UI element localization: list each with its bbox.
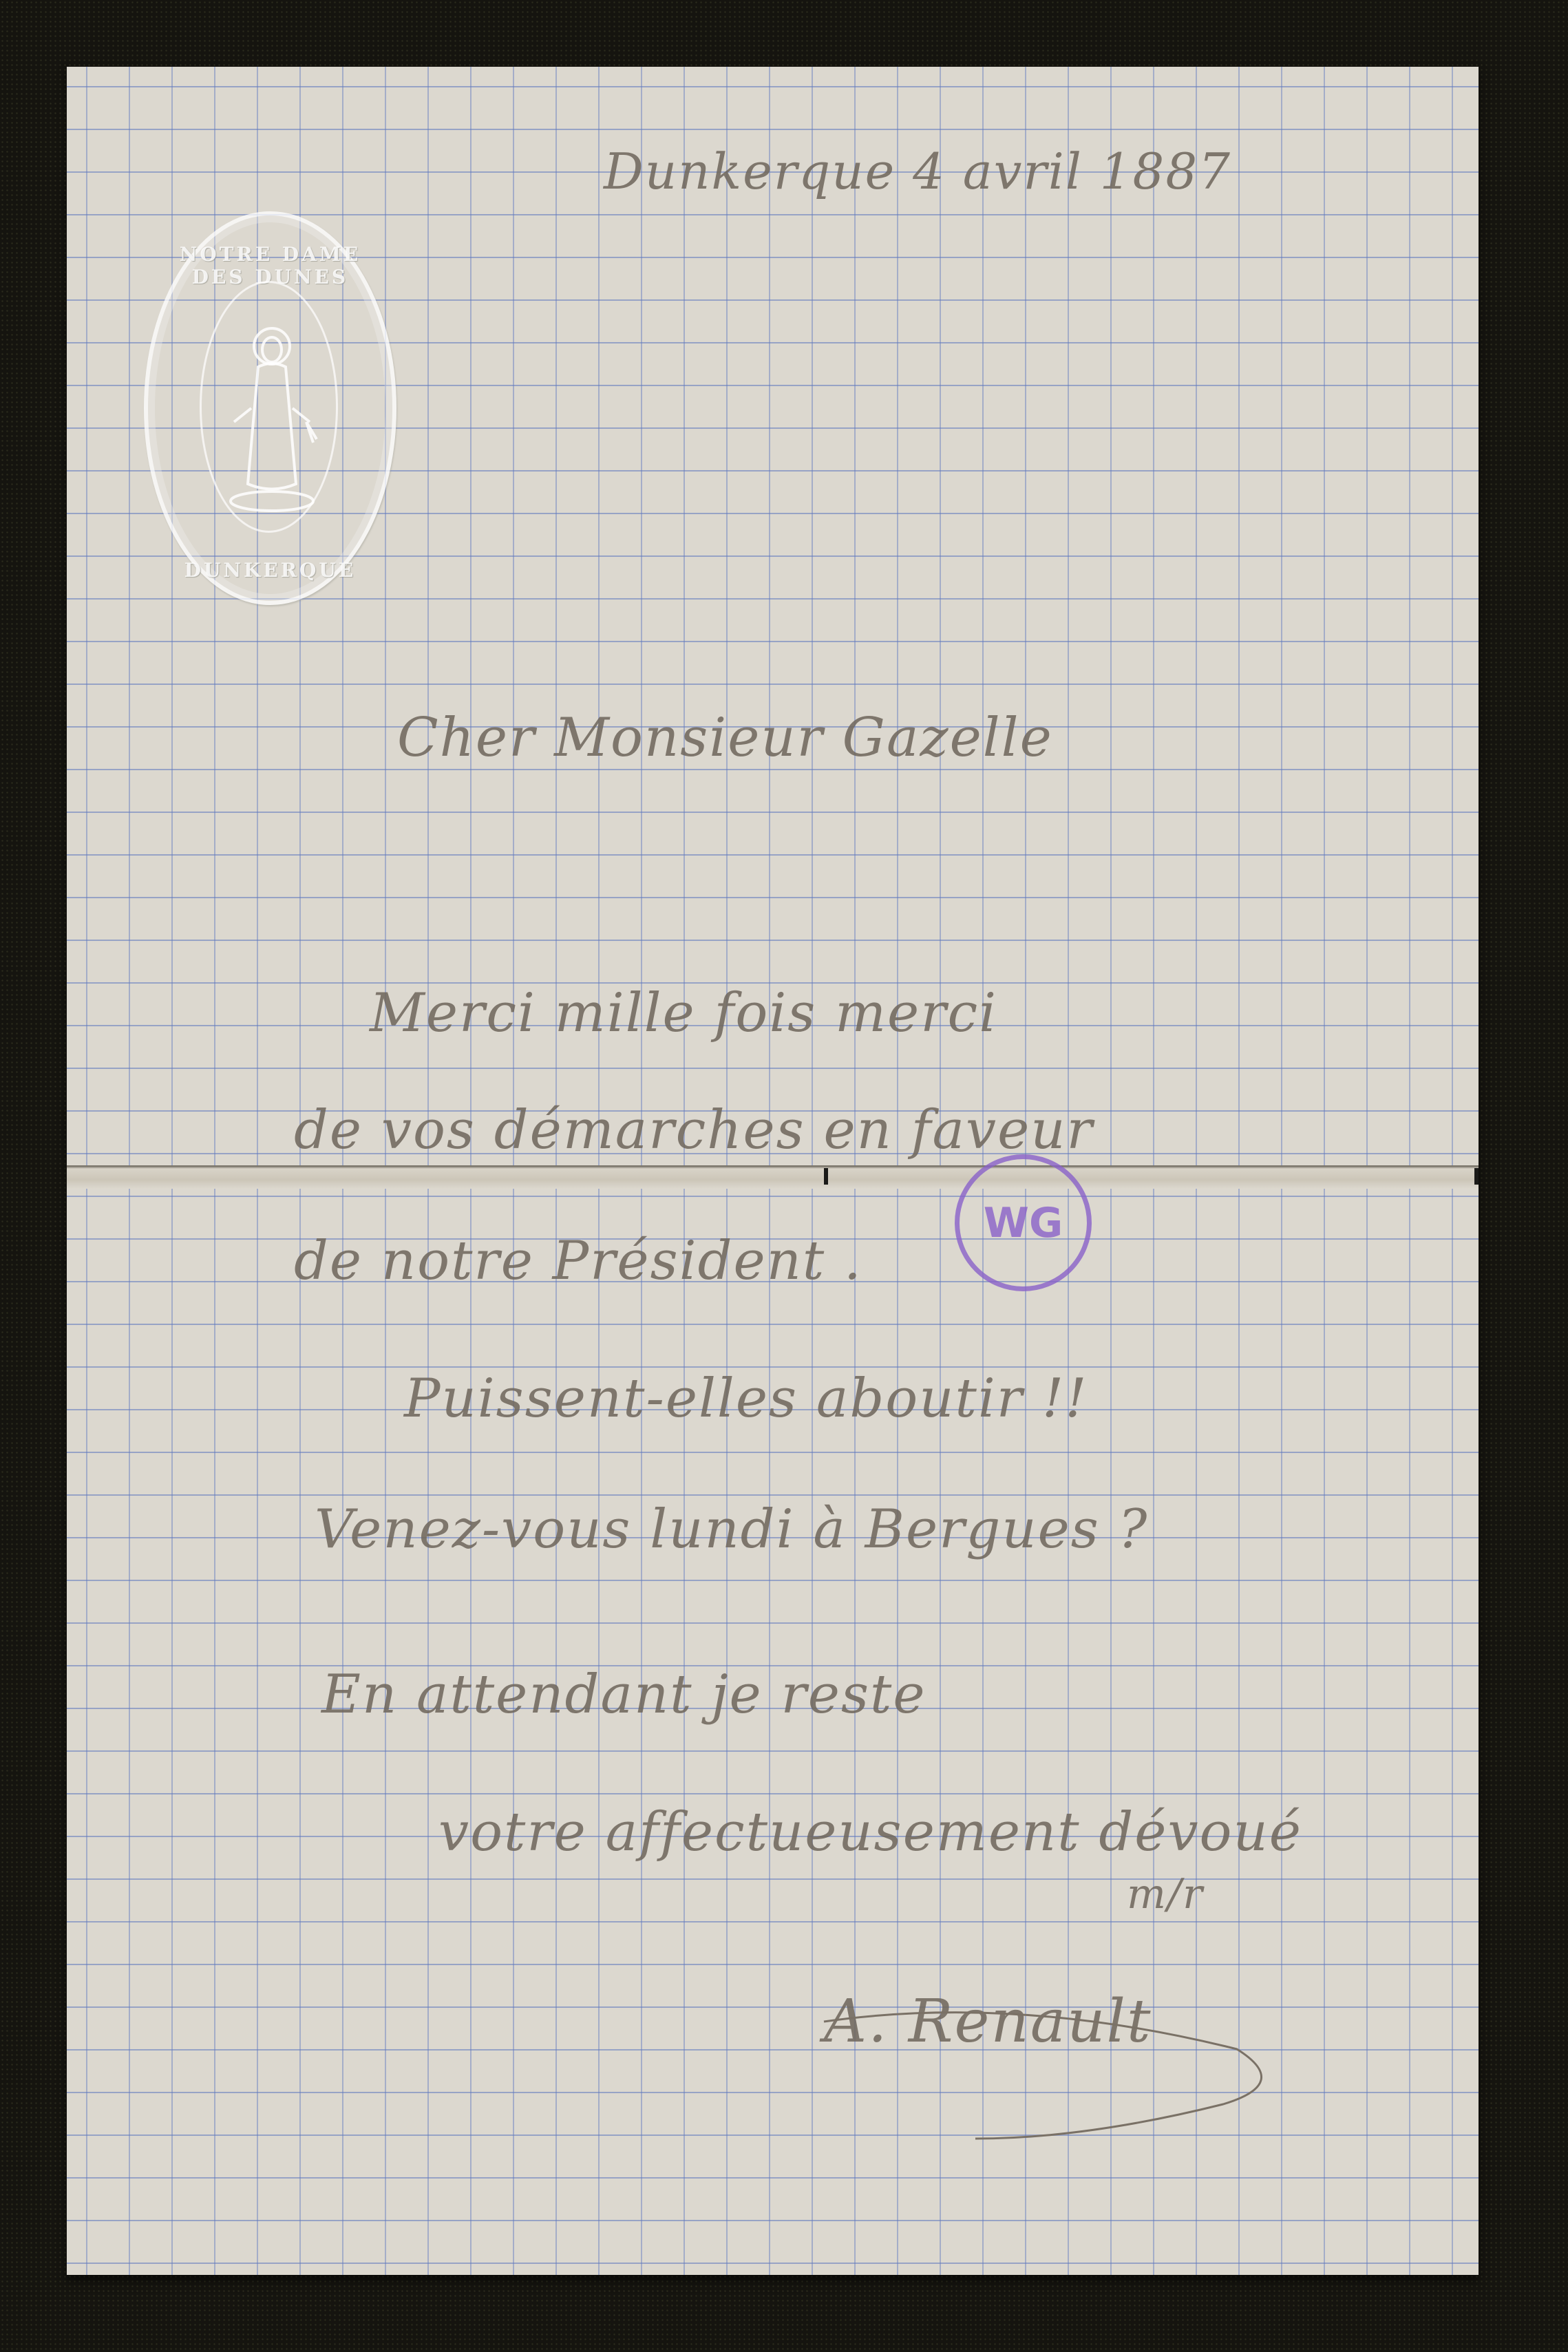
stamp-text: WG <box>984 1199 1063 1247</box>
seal-bottom-text: DUNKERQUE <box>148 559 392 582</box>
closing-abbrev: m/r <box>1127 1870 1204 1918</box>
fold-mark <box>1474 1168 1479 1185</box>
body-line-6: En attendant je reste <box>321 1664 926 1726</box>
embossed-seal: NOTRE DAME DES DUNES DUNKERQUE <box>144 211 396 605</box>
body-line-2: de vos démarches en faveur <box>294 1099 1094 1161</box>
letter-page: NOTRE DAME DES DUNES DUNKERQUE Dunkerque… <box>67 67 1479 2275</box>
body-line-4: Puissent-elles aboutir !! <box>404 1368 1088 1430</box>
salutation: Cher Monsieur Gazelle <box>397 707 1053 769</box>
madonna-figure-icon <box>224 319 320 525</box>
body-line-3: de notre Président . <box>294 1230 862 1292</box>
body-line-5: Venez-vous lundi à Bergues ? <box>315 1498 1148 1560</box>
purple-ink-stamp: WG <box>955 1154 1092 1291</box>
signature-flourish-icon <box>810 1967 1306 2146</box>
dateline: Dunkerque 4 avril 1887 <box>604 142 1231 200</box>
fold-mark <box>824 1168 828 1185</box>
closing: votre affectueusement dévoué <box>438 1801 1302 1863</box>
body-line-1: Merci mille fois merci <box>370 982 997 1044</box>
fold-crease <box>67 1165 1479 1189</box>
